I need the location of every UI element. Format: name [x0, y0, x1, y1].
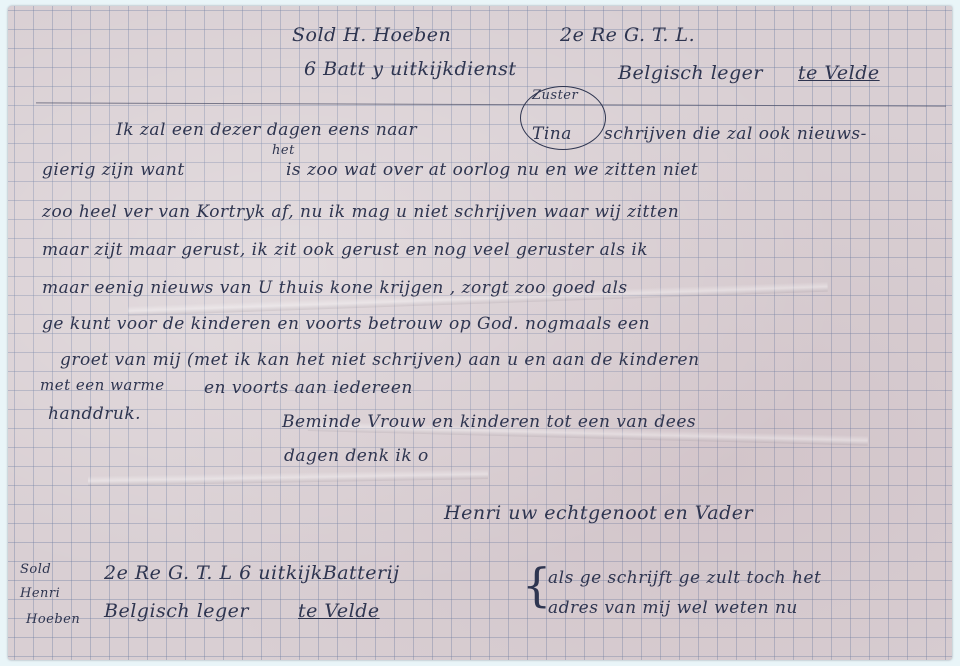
body-line-7: groet van mij (met ik kan het niet schri…: [60, 350, 700, 370]
body-line-5: maar eenig nieuws van U thuis kone krijg…: [42, 278, 628, 298]
footer-address-location: te Velde: [298, 600, 380, 622]
header-divider: [36, 102, 946, 106]
body-line-9: handdruk.: [48, 404, 141, 424]
header-army: Belgisch leger: [618, 62, 763, 84]
footer-address-army: Belgisch leger: [104, 600, 249, 622]
closing-line-2: dagen denk ik o: [284, 446, 429, 466]
paper-crease: [88, 469, 488, 486]
header-battery: 6 Batt y uitkijkdienst: [304, 58, 517, 80]
body-line-3: zoo heel ver van Kortryk af, nu ik mag u…: [42, 202, 679, 222]
body-line-4: maar zijt maar gerust, ik zit ook gerust…: [42, 240, 648, 260]
inserted-word-het: het: [272, 143, 295, 158]
header-unit: 2e Re G. T. L.: [560, 24, 695, 46]
body-line-6: ge kunt voor de kinderen en voorts betro…: [42, 314, 650, 334]
letter-paper: Sold H. Hoeben 2e Re G. T. L. 6 Batt y u…: [8, 6, 952, 660]
footer-name-henri: Henri: [20, 586, 60, 601]
curly-brace: {: [522, 562, 551, 608]
footer-name-hoeben: Hoeben: [26, 612, 80, 627]
footer-note-line-2: adres van mij wel weten nu: [548, 598, 798, 618]
body-line-1a: Ik zal een dezer dagen eens naar: [116, 120, 417, 140]
header-location: te Velde: [798, 62, 880, 84]
closing-line-1: Beminde Vrouw en kinderen tot een van de…: [282, 412, 696, 432]
footer-note-line-1: als ge schrijft ge zult toch het: [548, 568, 821, 588]
body-line-8a: met een warme: [40, 376, 165, 394]
body-line-2a: gierig zijn want: [42, 160, 185, 180]
body-line-1c: schrijven die zal ook nieuws-: [604, 124, 867, 144]
body-line-1-name: Tina: [532, 124, 572, 144]
footer-name-sold: Sold: [20, 562, 51, 577]
footer-address-line-1: 2e Re G. T. L 6 uitkijkBatterij: [104, 562, 400, 584]
body-line-8b: en voorts aan iedereen: [204, 378, 413, 398]
body-line-2b: is zoo wat over at oorlog nu en we zitte…: [286, 160, 698, 180]
signature: Henri uw echtgenoot en Vader: [444, 502, 753, 524]
header-sender: Sold H. Hoeben: [292, 24, 451, 46]
